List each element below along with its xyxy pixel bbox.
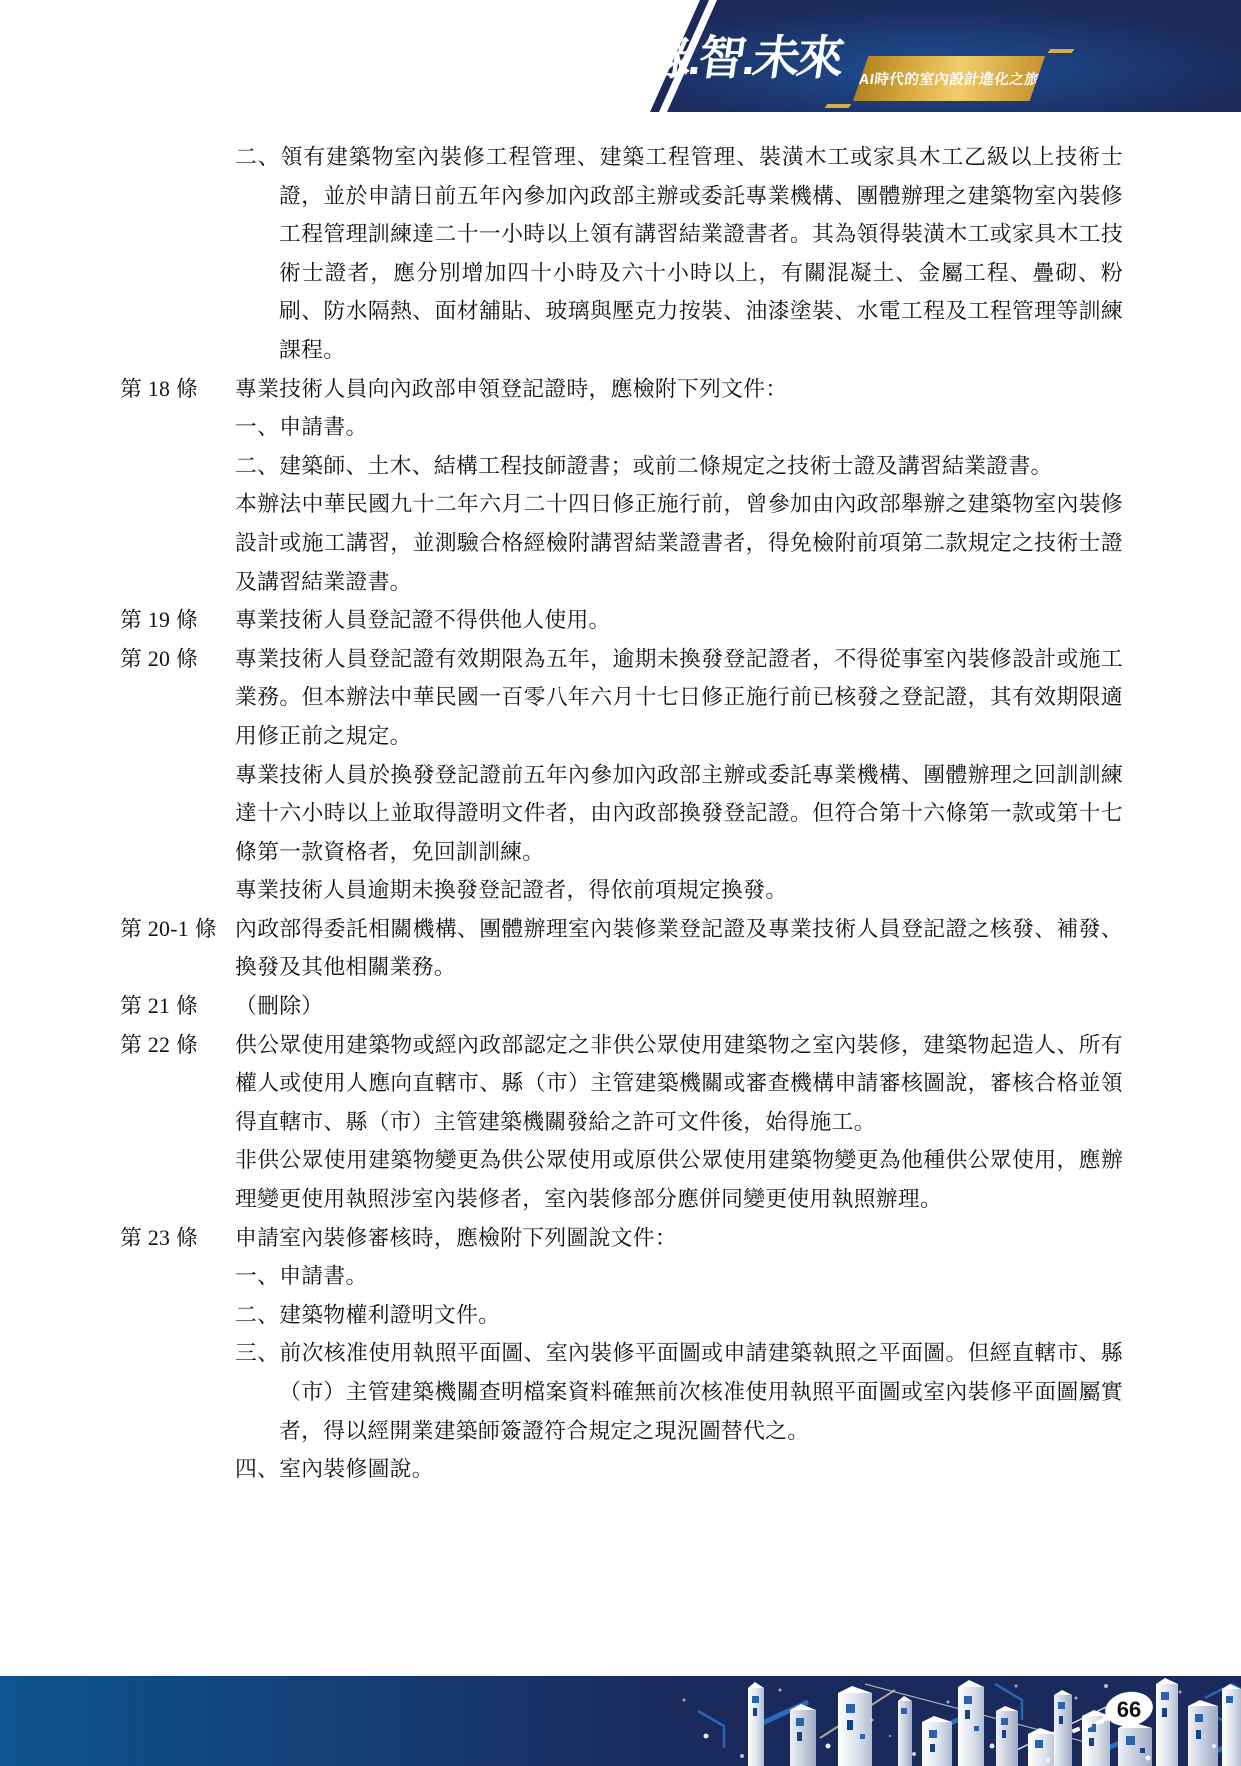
article-number: 第 20-1 條 <box>120 910 235 949</box>
paragraph: 一、申請書。 <box>235 408 1123 447</box>
article-body: 內政部得委託相關機構、團體辦理室內裝修業登記證及專業技術人員登記證之核發、補發、… <box>235 910 1123 987</box>
subtitle-gold-ribbon: AI時代的室內設計進化之旅 <box>853 56 1045 101</box>
article-body: 專業技術人員登記證有效期限為五年，逾期未換發登記證者，不得從事室內裝修設計或施工… <box>235 640 1123 910</box>
page-footer: 66 <box>0 1676 1241 1766</box>
article-block: 第 23 條申請室內裝修審核時，應檢附下列圖說文件：一、申請書。二、建築物權利證… <box>120 1219 1241 1489</box>
article-body: 專業技術人員向內政部申領登記證時，應檢附下列文件：一、申請書。二、建築師、土木、… <box>235 370 1123 602</box>
article-block: 第 22 條供公眾使用建築物或經內政部認定之非供公眾使用建築物之室內裝修，建築物… <box>120 1026 1241 1219</box>
article-block: 第 21 條（刪除） <box>120 987 1241 1026</box>
article-body: 申請室內裝修審核時，應檢附下列圖說文件：一、申請書。二、建築物權利證明文件。三、… <box>235 1219 1123 1489</box>
paragraph: 本辦法中華民國九十二年六月二十四日修正施行前，曾參加由內政部舉辦之建築物室內裝修… <box>235 485 1123 601</box>
article-body: 供公眾使用建築物或經內政部認定之非供公眾使用建築物之室內裝修，建築物起造人、所有… <box>235 1026 1123 1219</box>
document-blocks: 二、領有建築物室內裝修工程管理、建築工程管理、裝潢木工或家具木工乙級以上技術士證… <box>120 138 1241 1489</box>
brand-title: 綠.智.未來 <box>641 26 880 90</box>
paragraph: 二、領有建築物室內裝修工程管理、建築工程管理、裝潢木工或家具木工乙級以上技術士證… <box>235 138 1123 370</box>
document-page: 綠.智.未來 AI時代的室內設計進化之旅 二、領有建築物室內裝修工程管理、建築工… <box>0 0 1241 1766</box>
page-number: 66 <box>1117 1697 1141 1722</box>
ribbon-accent-icon <box>825 104 852 108</box>
paragraph: 二、建築師、土木、結構工程技師證書；或前二條規定之技術士證及講習結業證書。 <box>235 447 1123 486</box>
article-number: 第 20 條 <box>120 640 235 679</box>
paragraph: 供公眾使用建築物或經內政部認定之非供公眾使用建築物之室內裝修，建築物起造人、所有… <box>235 1026 1123 1142</box>
article-number: 第 23 條 <box>120 1219 235 1258</box>
paragraph: 專業技術人員登記證有效期限為五年，逾期未換發登記證者，不得從事室內裝修設計或施工… <box>235 640 1123 756</box>
paragraph: 申請室內裝修審核時，應檢附下列圖說文件： <box>235 1219 1123 1258</box>
paragraph: 非供公眾使用建築物變更為供公眾使用或原供公眾使用建築物變更為他種供公眾使用，應辦… <box>235 1141 1123 1218</box>
banner-background <box>0 0 1241 115</box>
article-block: 第 20 條專業技術人員登記證有效期限為五年，逾期未換發登記證者，不得從事室內裝… <box>120 640 1241 910</box>
article-body: 二、領有建築物室內裝修工程管理、建築工程管理、裝潢木工或家具木工乙級以上技術士證… <box>235 138 1123 370</box>
article-number: 第 21 條 <box>120 987 235 1026</box>
article-number: 第 19 條 <box>120 601 235 640</box>
paragraph: 二、建築物權利證明文件。 <box>235 1296 1123 1335</box>
page-header-banner: 綠.智.未來 AI時代的室內設計進化之旅 <box>0 0 1241 115</box>
paragraph: 專業技術人員於換發登記證前五年內參加內政部主辦或委託專業機構、團體辦理之回訓訓練… <box>235 756 1123 872</box>
brand-subtitle: AI時代的室內設計進化之旅 <box>857 68 1040 89</box>
paragraph: 一、申請書。 <box>235 1257 1123 1296</box>
regulation-text: 二、領有建築物室內裝修工程管理、建築工程管理、裝潢木工或家具木工乙級以上技術士證… <box>0 138 1241 1489</box>
article-number: 第 18 條 <box>120 370 235 409</box>
paragraph: 專業技術人員登記證不得供他人使用。 <box>235 601 1123 640</box>
paragraph: 三、前次核准使用執照平面圖、室內裝修平面圖或申請建築執照之平面圖。但經直轄市、縣… <box>235 1334 1123 1450</box>
article-block: 第 20-1 條內政部得委託相關機構、團體辦理室內裝修業登記證及專業技術人員登記… <box>120 910 1241 987</box>
article-block: 二、領有建築物室內裝修工程管理、建築工程管理、裝潢木工或家具木工乙級以上技術士證… <box>120 138 1241 370</box>
paragraph: （刪除） <box>235 987 1123 1026</box>
footer-illustration: 66 <box>0 1676 1241 1766</box>
article-body: 專業技術人員登記證不得供他人使用。 <box>235 601 1123 640</box>
article-block: 第 18 條專業技術人員向內政部申領登記證時，應檢附下列文件：一、申請書。二、建… <box>120 370 1241 602</box>
paragraph: 專業技術人員向內政部申領登記證時，應檢附下列文件： <box>235 370 1123 409</box>
article-number: 第 22 條 <box>120 1026 235 1065</box>
article-block: 第 19 條專業技術人員登記證不得供他人使用。 <box>120 601 1241 640</box>
ribbon-accent-icon <box>1048 49 1075 53</box>
paragraph: 專業技術人員逾期未換發登記證者，得依前項規定換發。 <box>235 871 1123 910</box>
paragraph: 內政部得委託相關機構、團體辦理室內裝修業登記證及專業技術人員登記證之核發、補發、… <box>235 910 1123 987</box>
paragraph: 四、室內裝修圖說。 <box>235 1450 1123 1489</box>
article-body: （刪除） <box>235 987 1123 1026</box>
